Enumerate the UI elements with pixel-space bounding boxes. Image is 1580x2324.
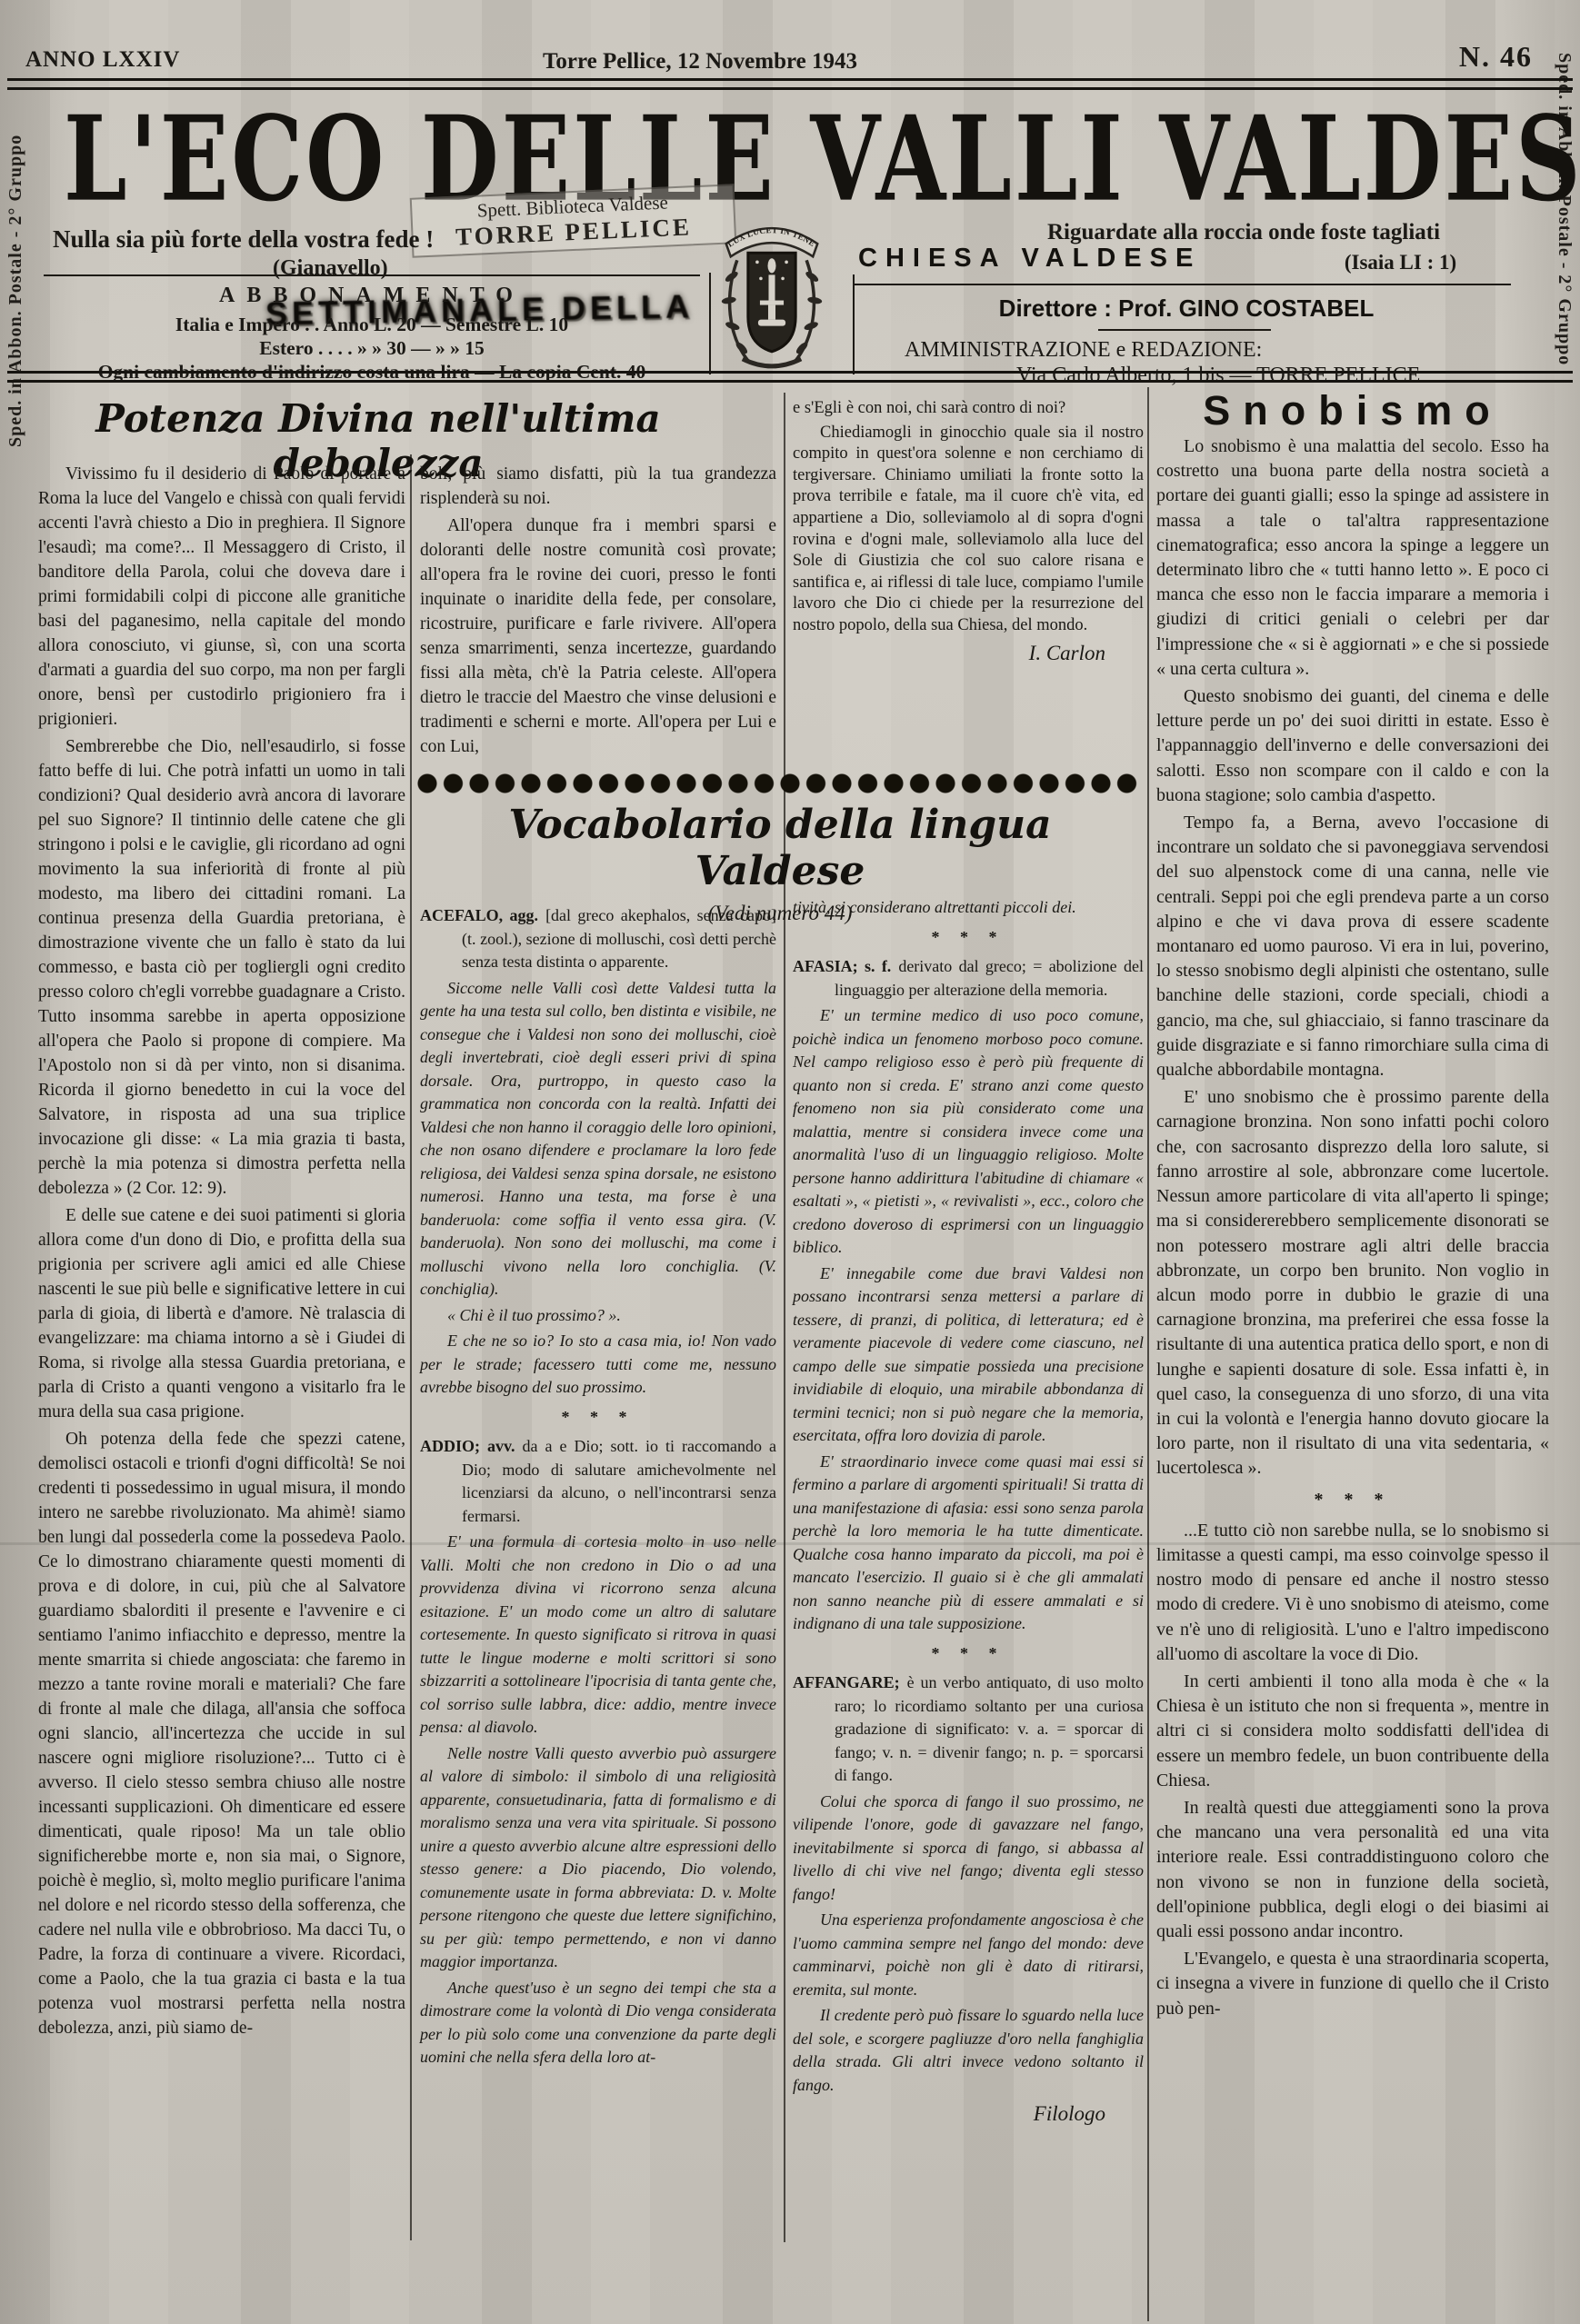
paragraph: boli, più siamo disfatti, più la tua gra… — [420, 462, 776, 511]
commentary: E' un termine medico di uso poco comune,… — [793, 1004, 1144, 1260]
church-label: CHIESA VALDESE — [858, 244, 1201, 274]
article1-signature: I. Carlon — [793, 643, 1144, 664]
commentary: Nelle nostre Valli questo avverbio può a… — [420, 1742, 776, 1974]
paragraph: All'opera dunque fra i membri sparsi e d… — [420, 514, 776, 759]
paragraph: E delle sue catene e dei suoi patimenti … — [38, 1203, 405, 1424]
headword: AFASIA; s. f. — [793, 957, 891, 975]
newspaper-page: Sped. in Abbon. Postale - 2° Gruppo Sped… — [0, 0, 1580, 2324]
subscription-box: ABBONAMENTO Italia e Impero . . Anno L. … — [44, 274, 700, 384]
paragraph: In realtà questi due atteggiamenti sono … — [1156, 1796, 1549, 1944]
paragraph: Chiediamogli in ginocchio quale sia il n… — [793, 423, 1144, 637]
dictionary-entry: ADDIO; avv.da a e Dio; sott. io ti racco… — [420, 1435, 776, 1528]
motto-right-attribution: (Isaia LI : 1) — [1307, 251, 1494, 274]
commentary: Il credente però può fissare lo sguardo … — [793, 2004, 1144, 2097]
dictionary-entry: AFASIA; s. f.derivato dal greco; = aboli… — [793, 955, 1144, 1002]
motto-right: Riguardate alla roccia onde foste taglia… — [989, 220, 1498, 245]
dictionary-entry: AFFANGARE;è un verbo antiquato, di uso m… — [793, 1671, 1144, 1788]
article1-column-3: e s'Egli è con noi, chi sarà contro di n… — [793, 398, 1144, 663]
header-rule-bottom — [7, 371, 1573, 383]
crest-scroll — [743, 359, 801, 366]
paragraph: In certi ambienti il tono alla moda è ch… — [1156, 1670, 1549, 1793]
vocabolario-title: Vocabolario della lingua Valdese — [418, 802, 1142, 894]
headword: ACEFALO, agg. — [420, 906, 538, 924]
waldensian-crest: LUX LUCET IN TENEBRIS — [716, 205, 827, 384]
dotted-divider — [416, 773, 1142, 794]
commentary: tività, si considerano altrettanti picco… — [793, 896, 1144, 920]
subscription-row: Estero . . . . » » 30 — » » 15 — [44, 336, 700, 360]
paragraph: Vivissimo fu il desiderio di Paolo di po… — [38, 462, 405, 732]
director-underline — [1098, 329, 1271, 331]
article1-column-1: Vivissimo fu il desiderio di Paolo di po… — [38, 462, 405, 2043]
commentary: « Chi è il tuo prossimo? ». — [420, 1304, 776, 1328]
section-divider: * * * — [793, 1642, 1144, 1666]
header-divider — [853, 274, 855, 374]
paragraph: ...E tutto ciò non sarebbe nulla, se lo … — [1156, 1519, 1549, 1667]
article1-column-2: boli, più siamo disfatti, più la tua gra… — [420, 462, 776, 762]
vocabolario-column-right: tività, si considerano altrettanti picco… — [793, 896, 1144, 2126]
motto-left: Nulla sia più forte della vostra fede ! — [53, 225, 598, 254]
commentary: Anche quest'uso è un segno dei tempi che… — [420, 1977, 776, 2070]
paragraph: Questo snobismo dei guanti, del cinema e… — [1156, 684, 1549, 808]
section-divider: * * * — [420, 1406, 776, 1430]
commentary: Colui che sporca di fango il suo prossim… — [793, 1790, 1144, 1907]
spine-text-left: Sped. in Abbon. Postale - 2° Gruppo — [5, 56, 26, 447]
headword: ADDIO; avv. — [420, 1437, 515, 1455]
header-divider — [709, 273, 711, 374]
section-divider: * * * — [1156, 1488, 1549, 1512]
commentary: E' una formula di cortesia molto in uso … — [420, 1531, 776, 1740]
director-line: Direttore : Prof. GINO COSTABEL — [909, 294, 1464, 323]
snobismo-title: Snobismo — [1156, 387, 1549, 434]
commentary: E' innegabile come due bravi Valdesi non… — [793, 1262, 1144, 1448]
column-rule — [784, 393, 785, 2242]
paragraph: Tempo fa, a Berna, avevo l'occasione di … — [1156, 811, 1549, 1082]
issue-date: Torre Pellice, 12 Novembre 1943 — [543, 49, 857, 75]
subscription-row: Italia e Impero . . Anno L. 20 — Semestr… — [44, 313, 700, 336]
section-divider: * * * — [793, 926, 1144, 950]
commentary: E' straordinario invece come quasi mai e… — [793, 1451, 1144, 1636]
paragraph: e s'Egli è con noi, chi sarà contro di n… — [793, 398, 1144, 420]
vocabolario-signature: Filologo — [793, 2102, 1144, 2126]
paragraph: Sembrerebbe che Dio, nell'esaudirlo, si … — [38, 734, 405, 1201]
paragraph: Oh potenza della fede che spezzi catene,… — [38, 1427, 405, 2040]
dictionary-entry: ACEFALO, agg.[dal greco akephalos, senza… — [420, 904, 776, 974]
paragraph: Lo snobismo è una malattia del secolo. E… — [1156, 434, 1549, 682]
issue-year: ANNO LXXIV — [25, 47, 180, 73]
column-rule — [410, 454, 412, 2240]
commentary: Una esperienza profondamente angosciosa … — [793, 1909, 1144, 2001]
header-rule-top — [7, 78, 1573, 90]
commentary: E che ne so io? Io sto a casa mia, io! N… — [420, 1330, 776, 1400]
snobismo-column: Lo snobismo è una malattia del secolo. E… — [1156, 434, 1549, 2024]
administration-label: AMMINISTRAZIONE e REDAZIONE: — [905, 338, 1262, 363]
headword: AFFANGARE; — [793, 1673, 900, 1691]
commentary: Siccome nelle Valli così dette Valdesi t… — [420, 977, 776, 1302]
paragraph: L'Evangelo, e questa è una straordinaria… — [1156, 1947, 1549, 2021]
vocabolario-column-left: ACEFALO, agg.[dal greco akephalos, senza… — [420, 904, 776, 2072]
column-rule — [1147, 387, 1149, 2321]
header-divider — [855, 284, 1511, 285]
subscription-title: ABBONAMENTO — [44, 284, 700, 308]
issue-number: N. 46 — [1459, 40, 1533, 74]
paragraph: E' uno snobismo che è prossimo parente d… — [1156, 1085, 1549, 1481]
